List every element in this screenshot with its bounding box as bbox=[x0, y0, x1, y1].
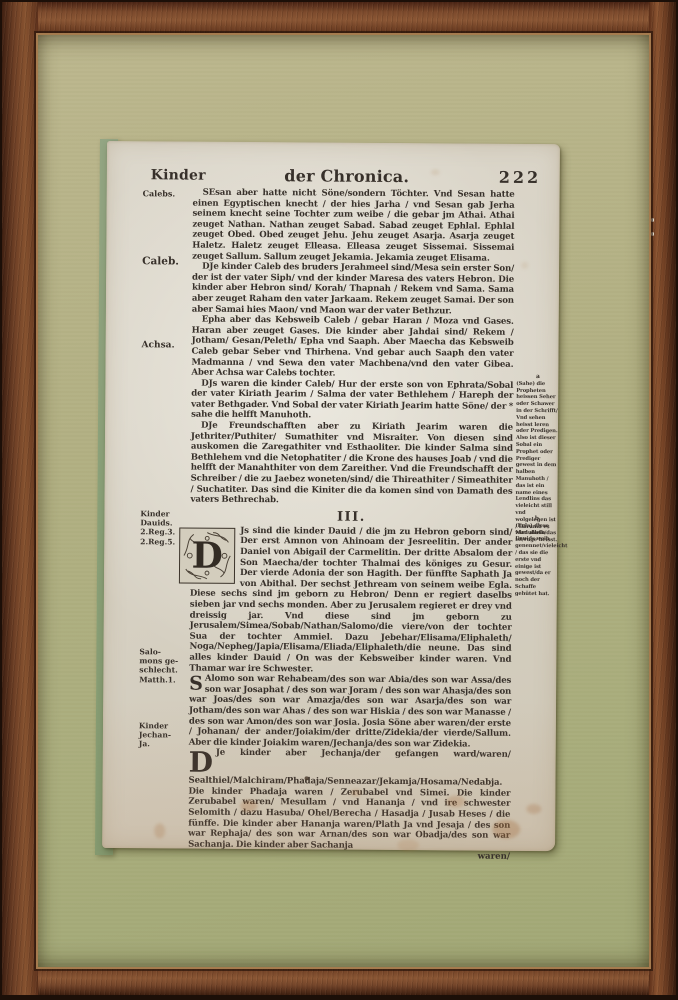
chapter-heading: III. bbox=[190, 508, 512, 525]
paragraph-calebs: SEsan aber hatte nicht Söne/sondern Töch… bbox=[192, 188, 515, 264]
margin-label-achsa: Achsa. bbox=[142, 341, 192, 351]
paragraph-david-text: Js sind die kinder Dauid / die jm zu Heb… bbox=[189, 526, 512, 674]
margin-note-b: b (Egla) diese wird allein Dauids weib g… bbox=[515, 516, 559, 598]
picture-frame-right bbox=[649, 2, 676, 995]
foxing-stain bbox=[526, 804, 541, 814]
manuscript-page: Kinder der Chronica. 222 Calebs. Caleb. … bbox=[102, 141, 560, 851]
margin-label-caleb: Caleb. bbox=[142, 257, 192, 267]
paragraph-jechanja-text: Je kinder aber Jechanja/der gefangen war… bbox=[188, 748, 511, 851]
drop-cap-d-jechanja: D bbox=[189, 748, 216, 776]
paragraph-hur: DJs waren die kinder Caleb/ Hur der erst… bbox=[191, 378, 513, 423]
framed-chronica-leaf-photo: Kinder der Chronica. 222 Calebs. Caleb. … bbox=[0, 0, 678, 1000]
folio-number: 222 bbox=[499, 168, 542, 187]
text-column: SEsan aber hatte nicht Söne/sondern Töch… bbox=[188, 188, 515, 863]
picture-frame-left bbox=[2, 2, 38, 995]
frame-chip-speck bbox=[651, 218, 654, 222]
woodcut-initial-d: D bbox=[179, 527, 235, 583]
foxing-stain bbox=[154, 823, 165, 838]
paragraph-achsa: Epha aber das Kebsweib Caleb / gebar Har… bbox=[191, 315, 513, 381]
paragraph-salomon: SAlomo son war Rehabeam/des son war Abia… bbox=[189, 674, 512, 750]
drop-cap-s-salomon: S bbox=[189, 674, 205, 694]
running-title-center: der Chronica. bbox=[197, 166, 497, 187]
paragraph-kiriath: DJe Freundschafften aber zu Kiriath Jear… bbox=[190, 421, 513, 508]
margin-label-calebs: Calebs. bbox=[143, 189, 193, 199]
picture-frame-bottom bbox=[2, 967, 676, 995]
catchword: waren/ bbox=[188, 850, 510, 863]
drop-cap-d-david: D bbox=[180, 528, 234, 582]
paragraph-salomon-text: Alomo son war Rehabeam/des son war Abia/… bbox=[189, 674, 512, 749]
paragraph-caleb: DJe kinder Caleb des bruders Jerahmeel s… bbox=[192, 262, 514, 317]
margin-label-salomons-geschlecht: Salo- mons ge- schlecht. Matth.1. bbox=[139, 647, 189, 684]
frame-chip-speck bbox=[651, 232, 654, 236]
margin-label-kinder-jechanja: Kinder Jechan- Ja. bbox=[139, 721, 189, 749]
foxing-stain bbox=[521, 262, 528, 269]
paragraph-jechanja: DJe kinder aber Jechanja/der gefangen wa… bbox=[188, 748, 511, 852]
picture-frame-top bbox=[2, 2, 676, 35]
paragraph-david: D Js sind die kinder Dauid / die jm zu H… bbox=[189, 525, 512, 676]
